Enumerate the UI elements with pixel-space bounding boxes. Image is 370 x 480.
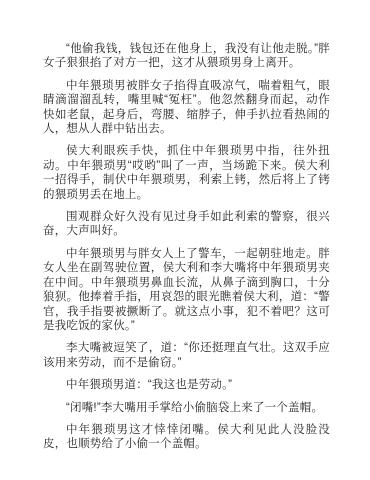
- paragraph: 围观群众好久没有见过身手如此利索的警察，很兴奋，大声叫好。: [43, 210, 330, 239]
- paragraph: 中年猥琐男与胖女人上了警车，一起朝驻地走。胖女人坐在副驾驶位置，侯大利和李大嘴将…: [43, 247, 330, 333]
- paragraph: 中年猥琐男这才悻悻闭嘴。侯大利见此人没脸没皮，也顺势给了小偷一个盖帽。: [43, 423, 330, 452]
- paragraph: 中年猥琐男道：“我这也是劳动。”: [43, 378, 330, 392]
- paragraph: “闭嘴!”李大嘴用手掌给小偷脑袋上来了一个盖帽。: [43, 401, 330, 415]
- paragraph: 李大嘴被逗笑了，道：“你还挺理直气壮。这双手应该用来劳动，而不是偷窃。”: [43, 341, 330, 370]
- paragraph: 中年猥琐男被胖女子掐得直吸凉气，喘着粗气，眼睛滴溜溜乱转，嘴里喊“冤枉”。他忽然…: [43, 79, 330, 137]
- paragraph: “他偷我钱，钱包还在他身上，我没有让他走脱。”胖女子狠狠掐了对方一把，这才从猥琐…: [43, 42, 330, 71]
- paragraph: 侯大利眼疾手快，抓住中年猥琐男中指，往外扭动。中年猥琐男“哎哟”叫了一声，当场跪…: [43, 144, 330, 202]
- reader-page: “他偷我钱，钱包还在他身上，我没有让他走脱。”胖女子狠狠掐了对方一把，这才从猥琐…: [0, 0, 370, 480]
